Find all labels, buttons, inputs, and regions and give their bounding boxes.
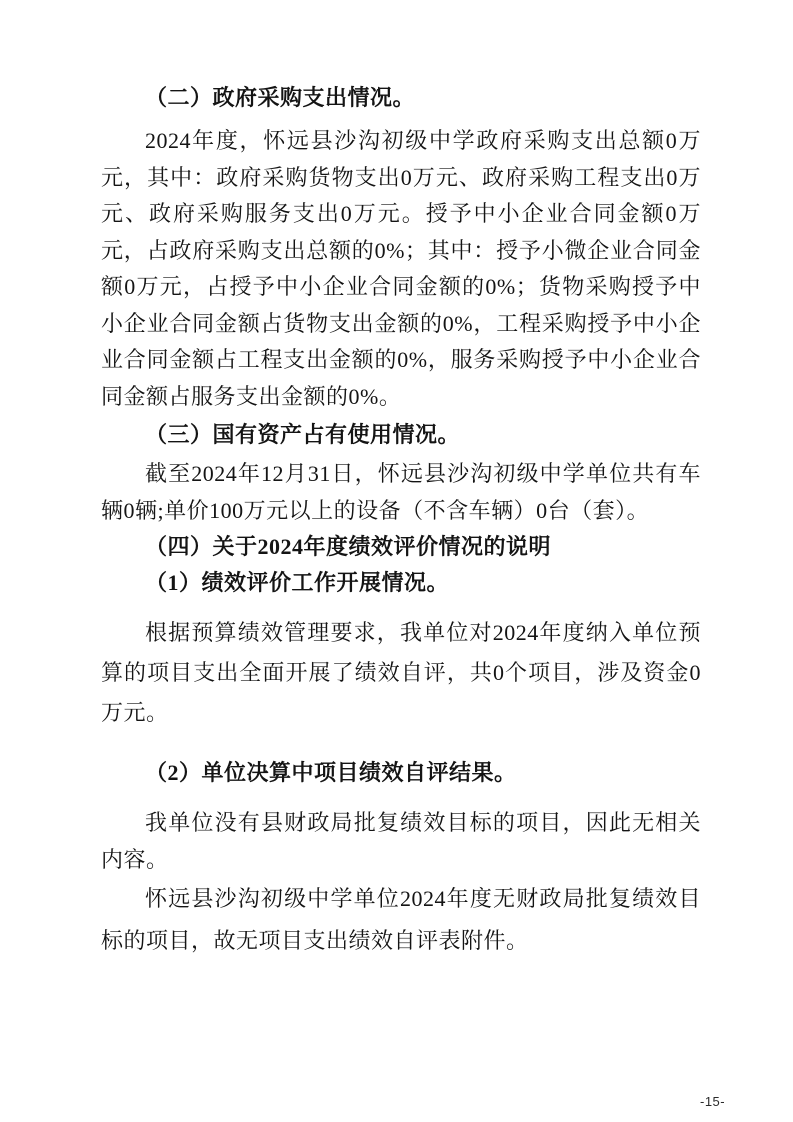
paragraph-no-approved-projects: 我单位没有县财政局批复绩效目标的项目，因此无相关内容。: [101, 805, 701, 878]
section-heading-state-assets: （三）国有资产占有使用情况。: [101, 417, 701, 453]
subsection-heading-self-evaluation-results: （2）单位决算中项目绩效自评结果。: [101, 755, 701, 791]
paragraph-state-assets-detail: 截至2024年12月31日，怀远县沙沟初级中学单位共有车辆0辆;单价100万元以…: [101, 456, 701, 529]
page-number: -15-: [700, 1094, 725, 1109]
paragraph-evaluation-work-detail: 根据预算绩效管理要求，我单位对2024年度纳入单位预算的项目支出全面开展了绩效自…: [101, 613, 701, 733]
paragraph-gov-procurement-detail: 2024年度，怀远县沙沟初级中学政府采购支出总额0万元，其中：政府采购货物支出0…: [101, 123, 701, 415]
subsection-heading-evaluation-work: （1）绩效评价工作开展情况。: [101, 565, 701, 601]
section-heading-performance-evaluation: （四）关于2024年度绩效评价情况的说明: [101, 529, 701, 565]
section-heading-gov-procurement: （二）政府采购支出情况。: [101, 80, 701, 116]
document-page: （二）政府采购支出情况。 2024年度，怀远县沙沟初级中学政府采购支出总额0万元…: [0, 0, 793, 1122]
paragraph-no-attachment: 怀远县沙沟初级中学单位2024年度无财政局批复绩效目标的项目，故无项目支出绩效自…: [101, 878, 701, 962]
